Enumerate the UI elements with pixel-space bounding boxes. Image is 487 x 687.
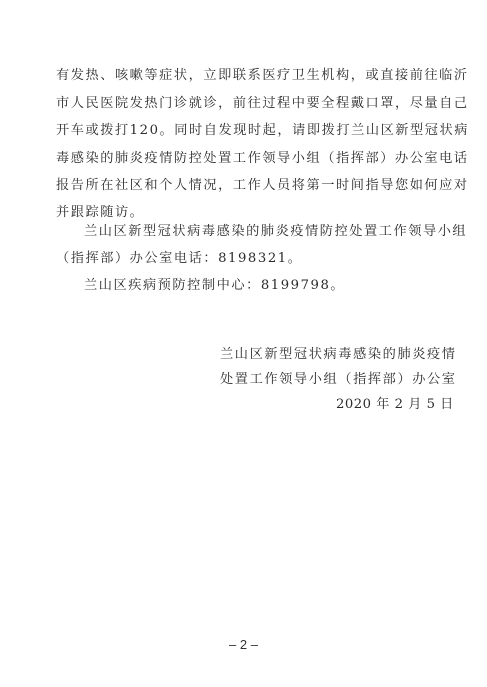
contact-hotline-line-2: （指挥部）办公室电话：8198321。 — [56, 251, 302, 267]
body-line-1: 有发热、咳嗽等症状，立即联系医疗卫生机构，或直接前往临沂 — [56, 68, 469, 84]
contact-hotline-line-1: 兰山区新型冠状病毒感染的肺炎疫情防控处置工作领导小组 — [84, 224, 467, 240]
page-number: – 2 – — [0, 637, 487, 652]
body-line-4: 毒感染的肺炎疫情防控处置工作领导小组（指挥部）办公室电话 — [56, 151, 469, 167]
body-line-3: 开车或拨打120。同时自发现时起，请即拨打兰山区新型冠状病 — [56, 123, 469, 139]
body-line-5: 报告所在社区和个人情况，工作人员将第一时间指导您如何应对 — [56, 178, 469, 194]
body-line-6: 并跟踪随访。 — [56, 205, 144, 221]
signature-org-line-2: 处置工作领导小组（指挥部）办公室 — [220, 372, 457, 388]
signature-org-line-1: 兰山区新型冠状病毒感染的肺炎疫情 — [220, 347, 457, 363]
signature-date: 2020 年 2 月 5 日 — [336, 397, 454, 413]
contact-cdc: 兰山区疾病预防控制中心：8199798。 — [84, 278, 345, 294]
body-line-2: 市人民医院发热门诊就诊，前往过程中要全程戴口罩，尽量自己 — [56, 96, 469, 112]
